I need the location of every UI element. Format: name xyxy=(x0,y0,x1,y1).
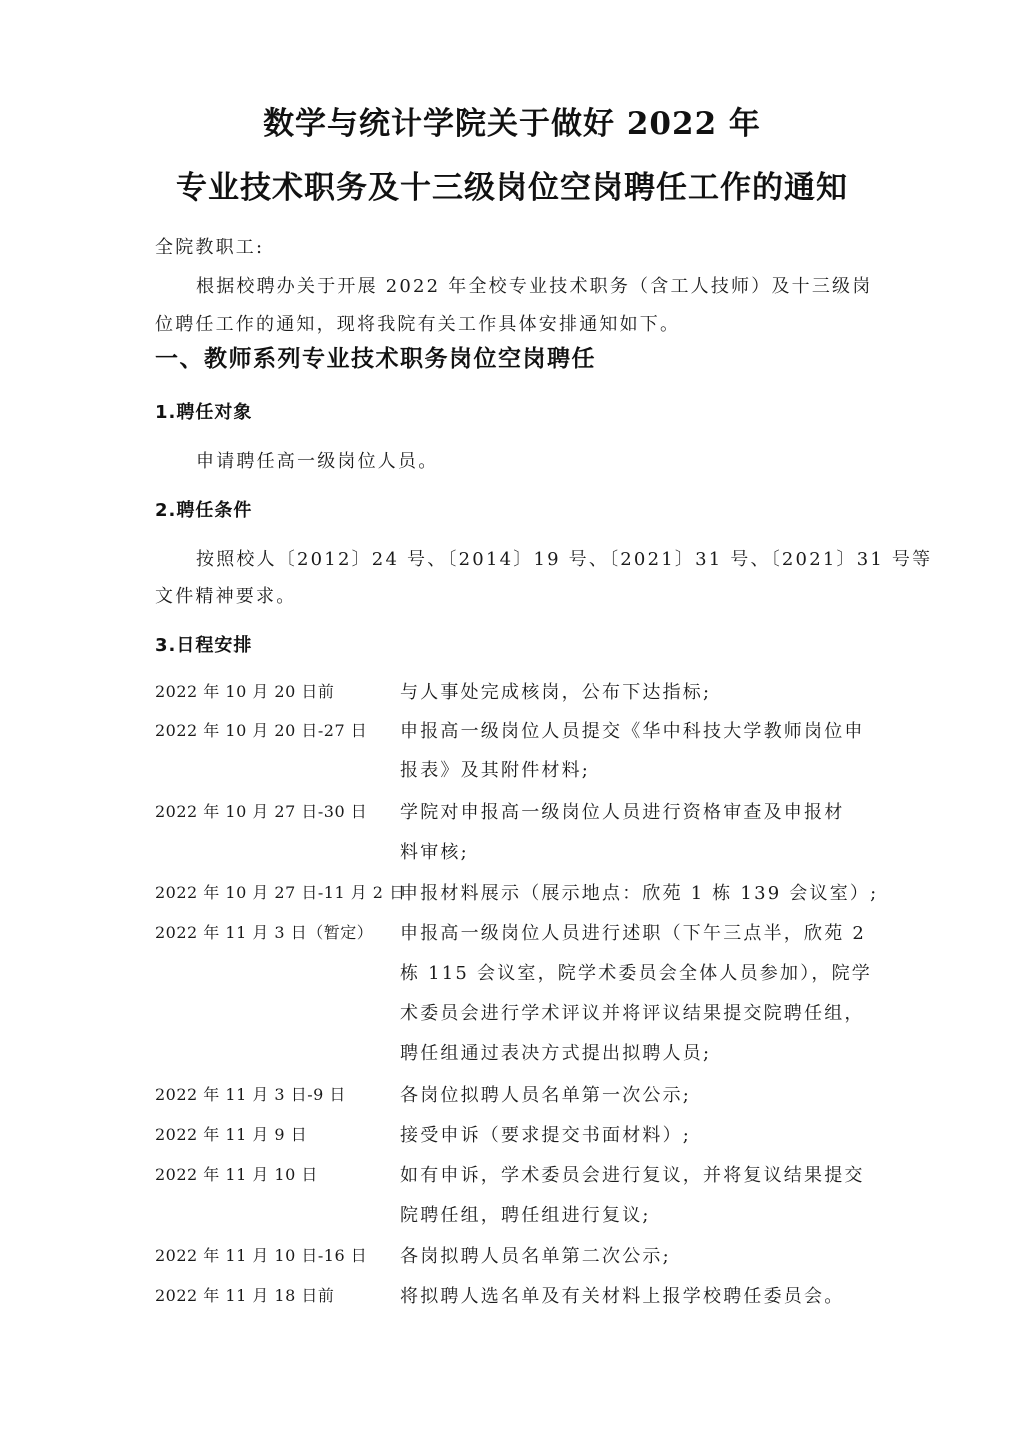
intro-line2: 位聘任工作的通知，现将我院有关工作具体安排通知如下。 xyxy=(155,310,680,336)
schedule-desc: 各岗位拟聘人员名单第一次公示; xyxy=(400,1081,691,1107)
schedule-desc: 将拟聘人选名单及有关材料上报学校聘任委员会。 xyxy=(400,1282,844,1308)
schedule-desc: 报表》及其附件材料; xyxy=(400,756,590,782)
sub1-heading: 1.聘任对象 xyxy=(155,398,252,424)
schedule-date: 2022 年 11 月 9 日 xyxy=(155,1122,307,1145)
sub3-heading: 3.日程安排 xyxy=(155,631,252,657)
schedule-desc: 学院对申报高一级岗位人员进行资格审查及申报材 xyxy=(400,798,844,824)
salutation: 全院教职工: xyxy=(155,233,264,259)
schedule-date: 2022 年 11 月 10 日 xyxy=(155,1162,318,1185)
schedule-desc: 料审核; xyxy=(400,838,469,864)
schedule-desc: 申报高一级岗位人员提交《华中科技大学教师岗位申 xyxy=(400,717,865,743)
schedule-desc: 术委员会进行学术评议并将评议结果提交院聘任组， xyxy=(400,999,865,1025)
document-title-line2: 专业技术职务及十三级岗位空岗聘任工作的通知 xyxy=(0,162,1024,207)
schedule-desc: 聘任组通过表决方式提出拟聘人员; xyxy=(400,1039,711,1065)
schedule-desc: 栋 115 会议室，院学术委员会全体人员参加），院学 xyxy=(400,959,872,985)
sub1-text: 申请聘任高一级岗位人员。 xyxy=(196,447,438,473)
schedule-date: 2022 年 10 月 27 日-30 日 xyxy=(155,799,367,822)
schedule-desc: 院聘任组，聘任组进行复议; xyxy=(400,1201,651,1227)
sub2-heading: 2.聘任条件 xyxy=(155,496,252,522)
schedule-date: 2022 年 10 月 27 日-11 月 2 日 xyxy=(155,880,406,903)
schedule-desc: 申报高一级岗位人员进行述职（下午三点半，欣苑 2 xyxy=(400,919,866,945)
schedule-date: 2022 年 11 月 10 日-16 日 xyxy=(155,1243,367,1266)
section1-heading: 一、教师系列专业技术职务岗位空岗聘任 xyxy=(155,340,596,373)
document-title-line1: 数学与统计学院关于做好 2022 年 xyxy=(0,98,1024,143)
schedule-desc: 接受申诉（要求提交书面材料）; xyxy=(400,1121,691,1147)
schedule-date: 2022 年 10 月 20 日-27 日 xyxy=(155,718,367,741)
schedule-desc: 如有申诉，学术委员会进行复议，并将复议结果提交 xyxy=(400,1161,865,1187)
schedule-desc: 与人事处完成核岗，公布下达指标; xyxy=(400,678,711,704)
sub2-text-line1: 按照校人〔2012〕24 号、〔2014〕19 号、〔2021〕31 号、〔20… xyxy=(196,545,932,571)
schedule-date: 2022 年 11 月 3 日（暂定） xyxy=(155,920,373,943)
intro-line1: 根据校聘办关于开展 2022 年全校专业技术职务（含工人技师）及十三级岗 xyxy=(196,272,872,298)
schedule-desc: 各岗拟聘人员名单第二次公示; xyxy=(400,1242,671,1268)
schedule-desc: 申报材料展示（展示地点：欣苑 1 栋 139 会议室）; xyxy=(400,879,878,905)
schedule-date: 2022 年 11 月 3 日-9 日 xyxy=(155,1082,346,1105)
sub2-text-line2: 文件精神要求。 xyxy=(155,582,296,608)
schedule-date: 2022 年 10 月 20 日前 xyxy=(155,679,334,702)
document-page: 数学与统计学院关于做好 2022 年 专业技术职务及十三级岗位空岗聘任工作的通知… xyxy=(0,0,1024,1448)
schedule-date: 2022 年 11 月 18 日前 xyxy=(155,1283,334,1306)
